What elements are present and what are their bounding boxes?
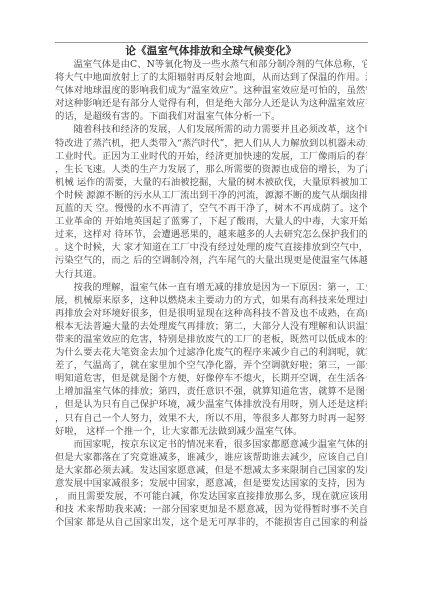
text-line: 随着科技和经济的发展，人们发展所需的动力需要并且必须改革，这个时候瓦 (55, 123, 367, 136)
paragraph: 温室气体是由C、N等氧化物及一些水蒸气和部分制冷剂的气体总称，它们可 以将大气中… (55, 58, 367, 123)
text-line: 特改进了蒸汽机，把人类带入“蒸汽时代”，把人们从人力解放到以机器未动力的 (55, 137, 367, 150)
document-page: 论《温室气体排放和全球气候变化》 温室气体是由C、N等氧化物及一些水蒸气和部分制… (55, 42, 367, 529)
text-line: 和技 术来帮助我来减；一部分国家更加是不愿意减，因为觉得暂时事不关自，每 (55, 503, 367, 516)
text-line: 过来，这样对 待环节，会遭遇恶果的，越来越多的人去研究怎么保护我们的环境 (55, 228, 367, 241)
text-line: 气体对地球温度的影响我们成为“温室效应”。这种温室效应是可怕的，虽然暂时 (55, 84, 367, 97)
paragraph: 而国家呢，按京东议定书的情况来看，很多国家都愿意减少温室气体的排放，但是大家都落… (55, 438, 367, 530)
text-line: 好啦， 这样一个推一个，让大家都无法做到减少温室气体。 (55, 425, 367, 438)
text-line: ，但是认为只有自己保护环境，减少温室气体排放没有用呀，别人还是这样排放 (55, 398, 367, 411)
document-body: 温室气体是由C、N等氧化物及一些水蒸气和部分制冷剂的气体总称，它们可 以将大气中… (55, 58, 367, 529)
text-line: 。这个时候，大 家才知道在工厂中没有经过处理的废气直接排放到空气中，是会 (55, 241, 367, 254)
text-line: 根本无法普遍大量的去处理废气再排放；第二，大部分人没有理解和认识温室气体 (55, 320, 367, 333)
header-rule (55, 42, 368, 43)
text-line: 机械 运作的需要，大量的石油被挖掘，大量的树木被砍伐，大量原料被加工，这 (55, 176, 367, 189)
text-line: 温室气体是由C、N等氧化物及一些水蒸气和部分制冷剂的气体总称，它们可 以 (55, 58, 367, 71)
text-line: 大行其道。 (55, 268, 367, 281)
text-line: ，生长飞速。人类的生产力发展了，那么所需要的资源也成倍的增长，为了满足 (55, 163, 367, 176)
text-line: 意发展中国家减很多；发展中国家，愿意减，但是要发达国家的支持，因为自己穷 (55, 477, 367, 490)
text-line: 明知道危害，但是就是图个方便，好像停车不熄火，长期开空调，在生活各个细节 (55, 372, 367, 385)
text-line: 个国家 都是从自己国家出发，这个是无可厚非的，不能损害自己国家的利益嘛。 (55, 516, 367, 529)
paragraph: 随着科技和经济的发展，人们发展所需的动力需要并且必须改革，这个时候瓦特改进了蒸汽… (55, 123, 367, 280)
text-line: 瓦蓝的天 空。慢慢的水不再清了，空气不再干净了，树木不再成荫了。这个时候 (55, 202, 367, 215)
text-line: ，只有自己一个人努力，效果不大，所以不用，等很多人都努力时再一起努力就 (55, 412, 367, 425)
text-line: 差了，气温高了，就在家里加个空气净化器，弄个空调就好啦；第三，一部分人明 (55, 359, 367, 372)
text-line: 再排放会对环境好很多，但是很明显现在这种高科技不普及也不成熟，在高成本下 (55, 307, 367, 320)
text-line: 工业时代。正因为工业时代的开始，经济更加快速的发展，工厂像雨后的春笋一样 (55, 150, 367, 163)
text-line: 个时候 源源不断的污水从工厂流出到干净的河流，源源不断的废气从烟囱排放到 (55, 189, 367, 202)
text-line: 对这种影响还是有部分人觉得有利，但是绝大部分人还是认为这种温室效应不制止 (55, 97, 367, 110)
text-line: ， 而且需要发展，不可能白减，你发达国家直接排放那么多，现在就应该用资金 (55, 490, 367, 503)
text-line: 带来的温室效应的危害，特别是排放废气的工厂的老板，既然可以低成本的生产， (55, 333, 367, 346)
text-line: 而国家呢，按京东议定书的情况来看，很多国家都愿意减少温室气体的排放， (55, 438, 367, 451)
text-line: 的话，是超级有害的。下面我们对温室气体分析一下。 (55, 110, 367, 123)
text-line: 但是大家都落在了究竟谁减多，谁减少，谁应该帮助谁去减少，应该自己自愿减还 (55, 451, 367, 464)
text-line: 展，机械原来原多，这种以燃烧未主要动力的方式，如果有高科技来处理过废气后 (55, 294, 367, 307)
text-line: 污染空气的，而之 后的空调制冷剂，汽车尾气的大量出现更是使温室气体越来越 (55, 254, 367, 267)
text-line: 是大家都必须去减。发达国家愿意减，但是不想减太多来限制自己国家的发展，愿 (55, 464, 367, 477)
paragraph: 按我的理解，温室气体一直有增无减的排放是因为一下原因：第一，工业的发展，机械原来… (55, 281, 367, 438)
text-line: 将大气中地面放射上了的太阳辐射再反射会地面，从而达到了保温的作用。这些 (55, 71, 367, 84)
text-line: 上增加温室气体的排放；第四，责任意识不强，就算知道危害，就算不是图个方便 (55, 385, 367, 398)
text-line: 按我的理解，温室气体一直有增无减的排放是因为一下原因：第一，工业的发 (55, 281, 367, 294)
text-line: 工业革命的 开始地英国起了蓝雾了，下起了酸雨，大量人的中毒，大家开始醒悟 (55, 215, 367, 228)
document-title: 论《温室气体排放和全球气候变化》 (55, 44, 367, 58)
text-line: 为什么要去花大笔资金去加个过滤净化废气的程序来减少自己的利润呢，就算空气 (55, 346, 367, 359)
